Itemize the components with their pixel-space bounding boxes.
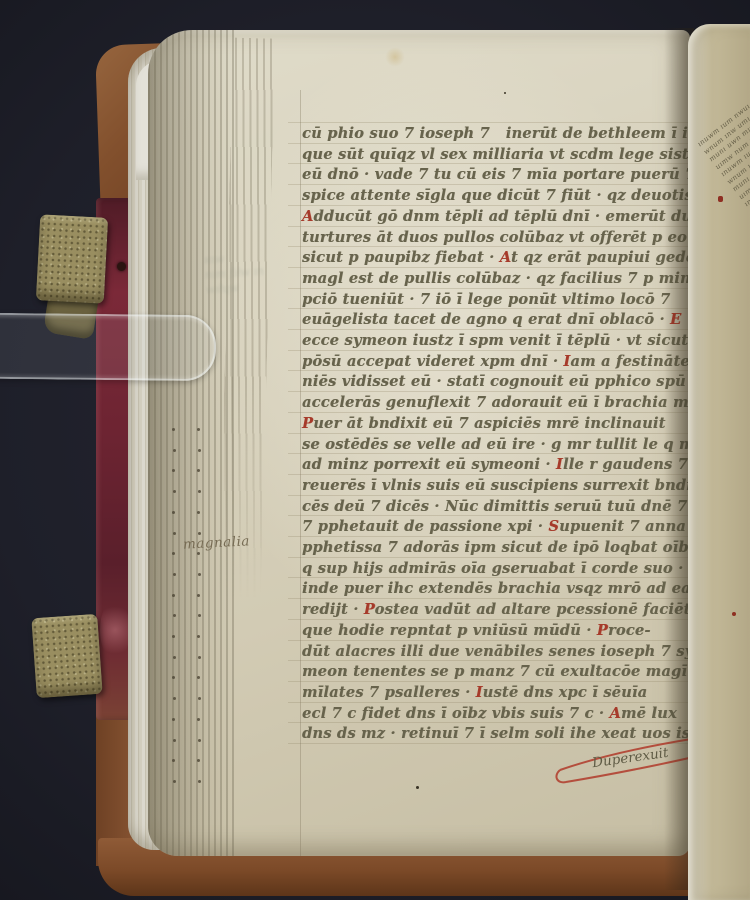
manuscript-text-line: pōsū accepat videret xpm dnī · Iam a fes… — [302, 353, 720, 370]
manuscript-text-line: dūt alacres illi due venābiles senes ios… — [302, 643, 700, 660]
manuscript-text-line: ad minz porrexit eū symeoni · Ille r gau… — [302, 456, 688, 473]
pricking-hole — [197, 428, 200, 431]
ink-text: euāgelista tacet de agno q erat dnī obla… — [302, 311, 670, 328]
ink-text: ecl 7 c fidet dns ī oībz vbis suis 7 c · — [302, 705, 609, 722]
rule-line — [288, 288, 704, 289]
ink-text: pphetissa 7 adorās ipm sicut de ipō loqb… — [302, 539, 697, 556]
spine-worn-patch — [100, 600, 130, 660]
pricking-hole — [198, 739, 201, 742]
rule-line — [288, 143, 704, 144]
manuscript-text-line: Adducūt gō dnm tēpli ad tēplū dnī · emer… — [302, 208, 710, 225]
pricking-hole — [197, 594, 200, 597]
facing-page-text: ınuwm ıum nwuı mnu ıwnwnum ınw umı wnmu … — [696, 37, 750, 366]
manuscript-text-line: Puer āt bndixit eū 7 aspiciēs mrē inclin… — [302, 415, 666, 432]
ink-text: sicut p paupibz fiebat · — [302, 249, 500, 266]
facing-page-rubric-speck — [732, 612, 736, 616]
rule-line — [288, 308, 704, 309]
manuscript-text-line: que hodie repntat p vniūsū mūdū · Proce- — [302, 622, 651, 639]
facing-page-rubric-speck — [718, 196, 723, 202]
rule-line — [288, 267, 704, 268]
rule-line — [288, 329, 704, 330]
ink-speck — [416, 786, 419, 789]
ink-text: cū phio suo 7 ioseph 7 inerūt de bethlee… — [302, 125, 727, 142]
facing-page-edge[interactable]: ınuwm ıum nwuı mnu ıwnwnum ınw umı wnmu … — [688, 24, 750, 900]
rule-line — [288, 598, 704, 599]
ink-text: eū dnō · vade 7 tu cū eis 7 mīa portare … — [302, 166, 726, 183]
manuscript-text-line: se ostēdēs se velle ad eū ire · g mr tul… — [302, 436, 704, 453]
manuscript-text-line: meon tenentes se p manz 7 cū exultacōe m… — [302, 663, 687, 680]
rule-line — [288, 370, 704, 371]
manuscript-text-line: accelerās genuflexit 7 adorauit eū ī bra… — [302, 394, 711, 411]
margin-rule — [300, 90, 301, 856]
ink-text: redijt · — [302, 601, 364, 618]
manuscript-text-line: sicut p paupibz fiebat · At qz erāt paup… — [302, 249, 704, 266]
ink-text: dducūt gō dnm tēpli ad tēplū dnī · emerū… — [314, 208, 711, 225]
pricking-hole — [198, 573, 201, 576]
rule-line — [288, 122, 704, 123]
pricking-hole — [173, 739, 176, 742]
manuscript-text-line: q sup hijs admirās oīa gseruabat ī corde… — [302, 560, 715, 577]
rubricated-initial: P — [302, 415, 313, 432]
upper-clasp-strap[interactable] — [36, 214, 108, 303]
pricking-hole — [172, 594, 175, 597]
ink-text: ad minz porrexit eū symeoni · — [302, 456, 556, 473]
ink-text: pōsū accepat videret xpm dnī · — [302, 353, 563, 370]
rule-line — [288, 557, 704, 558]
rubricated-initial: I — [476, 684, 483, 701]
rubricated-initial: A — [609, 705, 621, 722]
parchment-page[interactable]: ᴎıwnım ſıłw ınwıłųw cū phio suo 7 ioseph… — [148, 30, 690, 856]
manuscript-text-line: euāgelista tacet de agno q erat dnī obla… — [302, 311, 681, 328]
rule-line — [288, 577, 704, 578]
pricking-hole — [198, 532, 201, 535]
manuscript-text-line: 7 pphetauit de passione xpi · Supuenit 7… — [302, 518, 686, 535]
rubricated-initial: A — [302, 208, 314, 225]
rule-line — [288, 226, 704, 227]
ink-text: roce- — [608, 622, 651, 639]
manuscript-text-line: turtures āt duos pullos colūbaz vt offer… — [302, 229, 687, 246]
ink-text: ostea vadūt ad altare pcessionē faciētes — [375, 601, 709, 618]
pricking-hole — [172, 511, 175, 514]
rubricated-initial: S — [548, 518, 559, 535]
manuscript-text-line: redijt · Postea vadūt ad altare pcession… — [302, 601, 708, 618]
manuscript-text-line: ecl 7 c fidet dns ī oībz vbis suis 7 c ·… — [302, 705, 677, 722]
pricking-hole — [172, 428, 175, 431]
pricking-hole — [172, 635, 175, 638]
pricking-hole — [198, 656, 201, 659]
rule-line — [288, 391, 704, 392]
rule-line — [288, 515, 704, 516]
ink-text: turtures āt duos pullos colūbaz vt offer… — [302, 229, 687, 246]
manuscript-text-line: niēs vidisset eū · statī cognouit eū pph… — [302, 373, 701, 390]
rule-line — [288, 536, 704, 537]
ink-text: inde puer ihc extendēs brachia vsqz mrō … — [302, 580, 706, 597]
manuscript-text-line: cū phio suo 7 ioseph 7 inerūt de bethlee… — [302, 125, 727, 142]
spine-stud — [117, 262, 126, 271]
rubricated-initial: A — [500, 249, 511, 266]
rule-line — [288, 205, 704, 206]
manuscript-text-line: inde puer ihc extendēs brachia vsqz mrō … — [302, 580, 706, 597]
gutter-shadow — [148, 30, 234, 856]
manuscript-text-line: reuerēs ī vlnis suis eū suscipiens surre… — [302, 477, 698, 494]
rule-line — [288, 453, 704, 454]
ink-text: que sūt quīqz vl sex milliaria vt scdm l… — [302, 146, 723, 163]
ink-text: uer āt bndixit eū 7 aspiciēs mrē inclina… — [313, 415, 665, 432]
rubricated-initial: P — [364, 601, 375, 618]
ink-text: niēs vidisset eū · statī cognouit eū pph… — [302, 373, 701, 390]
ink-text: se ostēdēs se velle ad eū ire · g mr tul… — [302, 436, 704, 453]
pricking-hole — [198, 780, 201, 783]
rule-line — [288, 619, 704, 620]
ink-text: 7 pphetauit de passione xpi · — [302, 518, 548, 535]
manuscript-text-line: cēs deū 7 dicēs · Nūc dimittis seruū tuū… — [302, 498, 702, 515]
manuscript-text-line: eū dnō · vade 7 tu cū eis 7 mīa portare … — [302, 166, 726, 183]
ink-text: ecce symeon iustz ī spm venit ī tēplū · … — [302, 332, 726, 349]
ink-text: cēs deū 7 dicēs · Nūc dimittis seruū tuū… — [302, 498, 702, 515]
ink-text: reuerēs ī vlnis suis eū suscipiens surre… — [302, 477, 698, 494]
manuscript-text-line: mīlates 7 psalleres · Iustē dns xpc ī sē… — [302, 684, 647, 701]
rule-line — [288, 350, 704, 351]
pricking-hole — [173, 573, 176, 576]
rule-line — [288, 433, 704, 434]
clear-page-holder-strip[interactable] — [0, 313, 216, 381]
pricking-hole — [173, 656, 176, 659]
manuscript-text-line: pphetissa 7 adorās ipm sicut de ipō loqb… — [302, 539, 697, 556]
manuscript-text-line: magl est de pullis colūbaz · qz facilius… — [302, 270, 714, 287]
rule-line — [288, 474, 704, 475]
manuscript-photo: ᴎıwnım ſıłw ınwıłųw cū phio suo 7 ioseph… — [0, 0, 750, 900]
pricking-hole — [173, 532, 176, 535]
pricking-hole — [197, 511, 200, 514]
ink-text: dūt alacres illi due venābiles senes ios… — [302, 643, 700, 660]
rule-line — [288, 702, 704, 703]
ink-text: q sup hijs admirās oīa gseruabat ī corde… — [302, 560, 715, 577]
ink-text: magl est de pullis colūbaz · qz facilius… — [302, 270, 714, 287]
rubricated-initial: P — [597, 622, 608, 639]
ink-speck — [504, 92, 506, 94]
manuscript-text-line: pciō tueniūt · 7 iō ī lege ponūt vltimo … — [302, 291, 670, 308]
ink-text: que hodie repntat p vniūsū mūdū · — [302, 622, 597, 639]
pricking-hole — [172, 718, 175, 721]
rule-line — [288, 163, 704, 164]
ink-text: accelerās genuflexit 7 adorauit eū ī bra… — [302, 394, 711, 411]
manuscript-text-line: ecce symeon iustz ī spm venit ī tēplū · … — [302, 332, 726, 349]
rubricated-initial: I — [556, 456, 563, 473]
ink-text: mīlates 7 psalleres · — [302, 684, 476, 701]
rule-line — [288, 660, 704, 661]
pricking-hole — [198, 449, 201, 452]
rule-line — [288, 495, 704, 496]
rule-line — [288, 412, 704, 413]
rule-line — [288, 184, 704, 185]
pricking-hole — [197, 635, 200, 638]
rule-line — [288, 246, 704, 247]
rule-line — [288, 640, 704, 641]
ink-text: meon tenentes se p manz 7 cū exultacōe m… — [302, 663, 687, 680]
pricking-hole — [173, 780, 176, 783]
pricking-hole — [173, 449, 176, 452]
lower-clasp-strap[interactable] — [31, 614, 102, 698]
ink-text: pciō tueniūt · 7 iō ī lege ponūt vltimo … — [302, 291, 670, 308]
manuscript-text-line: que sūt quīqz vl sex milliaria vt scdm l… — [302, 146, 723, 163]
rule-line — [288, 681, 704, 682]
pricking-hole — [197, 718, 200, 721]
ink-text: ustē dns xpc ī sēuīa — [483, 684, 648, 701]
